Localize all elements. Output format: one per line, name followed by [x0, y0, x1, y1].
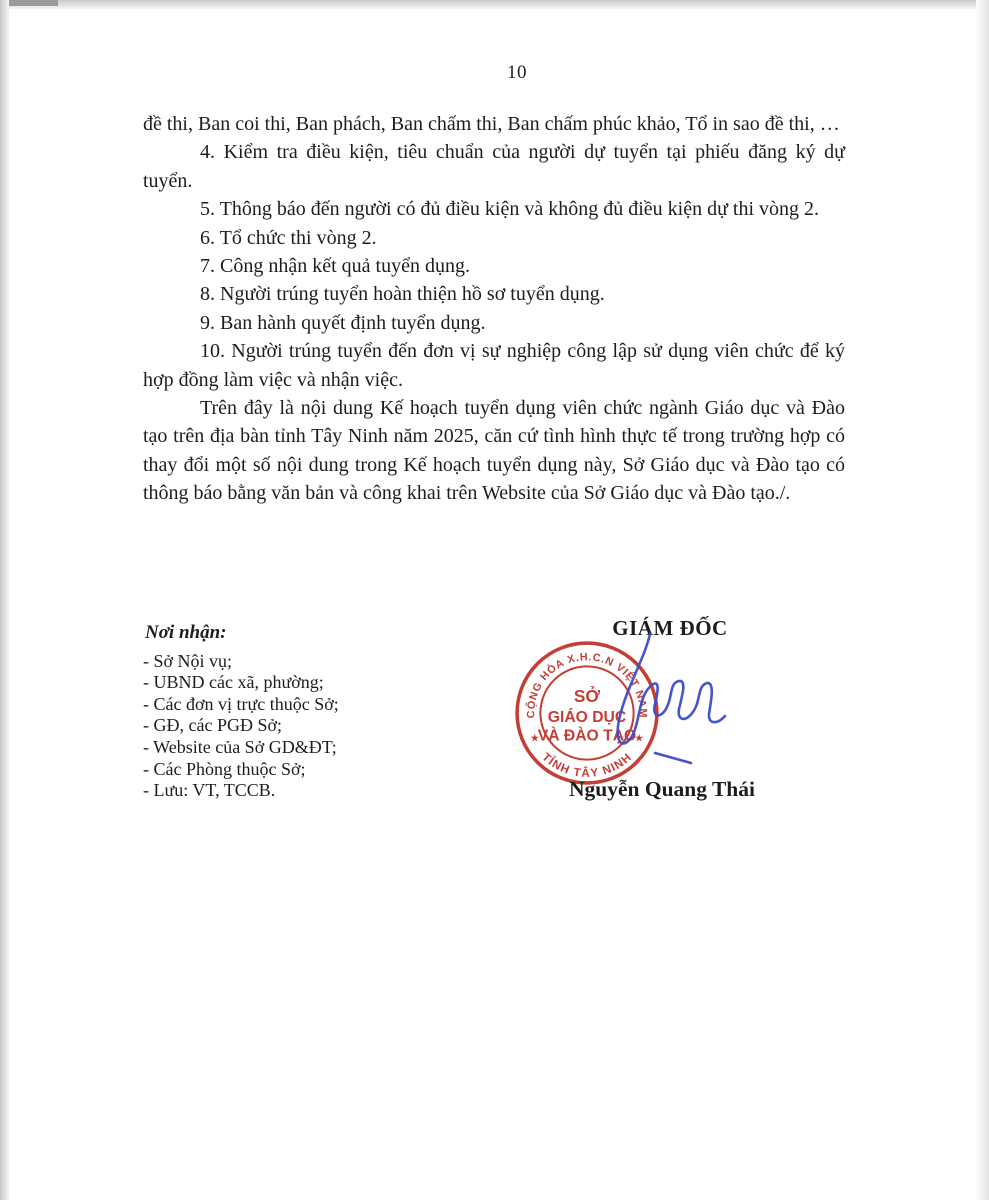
page-number: 10 — [143, 62, 891, 84]
recipient-line: - UBND các xã, phường; — [143, 672, 473, 694]
signature-dash — [655, 753, 691, 763]
paragraph: Trên đây là nội dung Kế hoạch tuyển dụng… — [143, 394, 845, 508]
paragraph: 4. Kiểm tra điều kiện, tiêu chuẩn của ng… — [143, 138, 845, 195]
paragraph: 9. Ban hành quyết định tuyển dụng. — [143, 309, 845, 337]
recipient-line: - Các đơn vị trực thuộc Sở; — [143, 694, 473, 716]
scan-edge-left — [0, 0, 9, 1200]
paragraph: đề thi, Ban coi thi, Ban phách, Ban chấm… — [143, 110, 845, 138]
paragraph: 8. Người trúng tuyển hoàn thiện hồ sơ tu… — [143, 280, 845, 308]
paragraph: 5. Thông báo đến người có đủ điều kiện v… — [143, 195, 845, 223]
recipient-line: - Lưu: VT, TCCB. — [143, 780, 473, 802]
recipient-line: - Các Phòng thuộc Sở; — [143, 759, 473, 781]
paragraph: 7. Công nhận kết quả tuyển dụng. — [143, 252, 845, 280]
signer-name: Nguyễn Quang Thái — [492, 777, 832, 802]
document-page: 10 đề thi, Ban coi thi, Ban phách, Ban c… — [0, 0, 989, 1200]
recipient-line: - Sở Nội vụ; — [143, 651, 473, 673]
body-text: đề thi, Ban coi thi, Ban phách, Ban chấm… — [143, 110, 845, 508]
recipient-line: - GĐ, các PGĐ Sở; — [143, 715, 473, 737]
paragraph: 6. Tổ chức thi vòng 2. — [143, 224, 845, 252]
scan-edge-right — [976, 0, 989, 1200]
paragraph: 10. Người trúng tuyển đến đơn vị sự nghi… — [143, 337, 845, 394]
scan-edge-top — [0, 0, 989, 9]
recipient-line: - Website của Sở GD&ĐT; — [143, 737, 473, 759]
handwritten-signature — [598, 626, 740, 776]
recipients-heading: Nơi nhận: — [145, 622, 473, 644]
signature-stroke — [618, 634, 725, 744]
stamp-center-line1: SỞ — [574, 686, 600, 706]
recipients-block: Nơi nhận: - Sở Nội vụ; - UBND các xã, ph… — [143, 622, 473, 802]
